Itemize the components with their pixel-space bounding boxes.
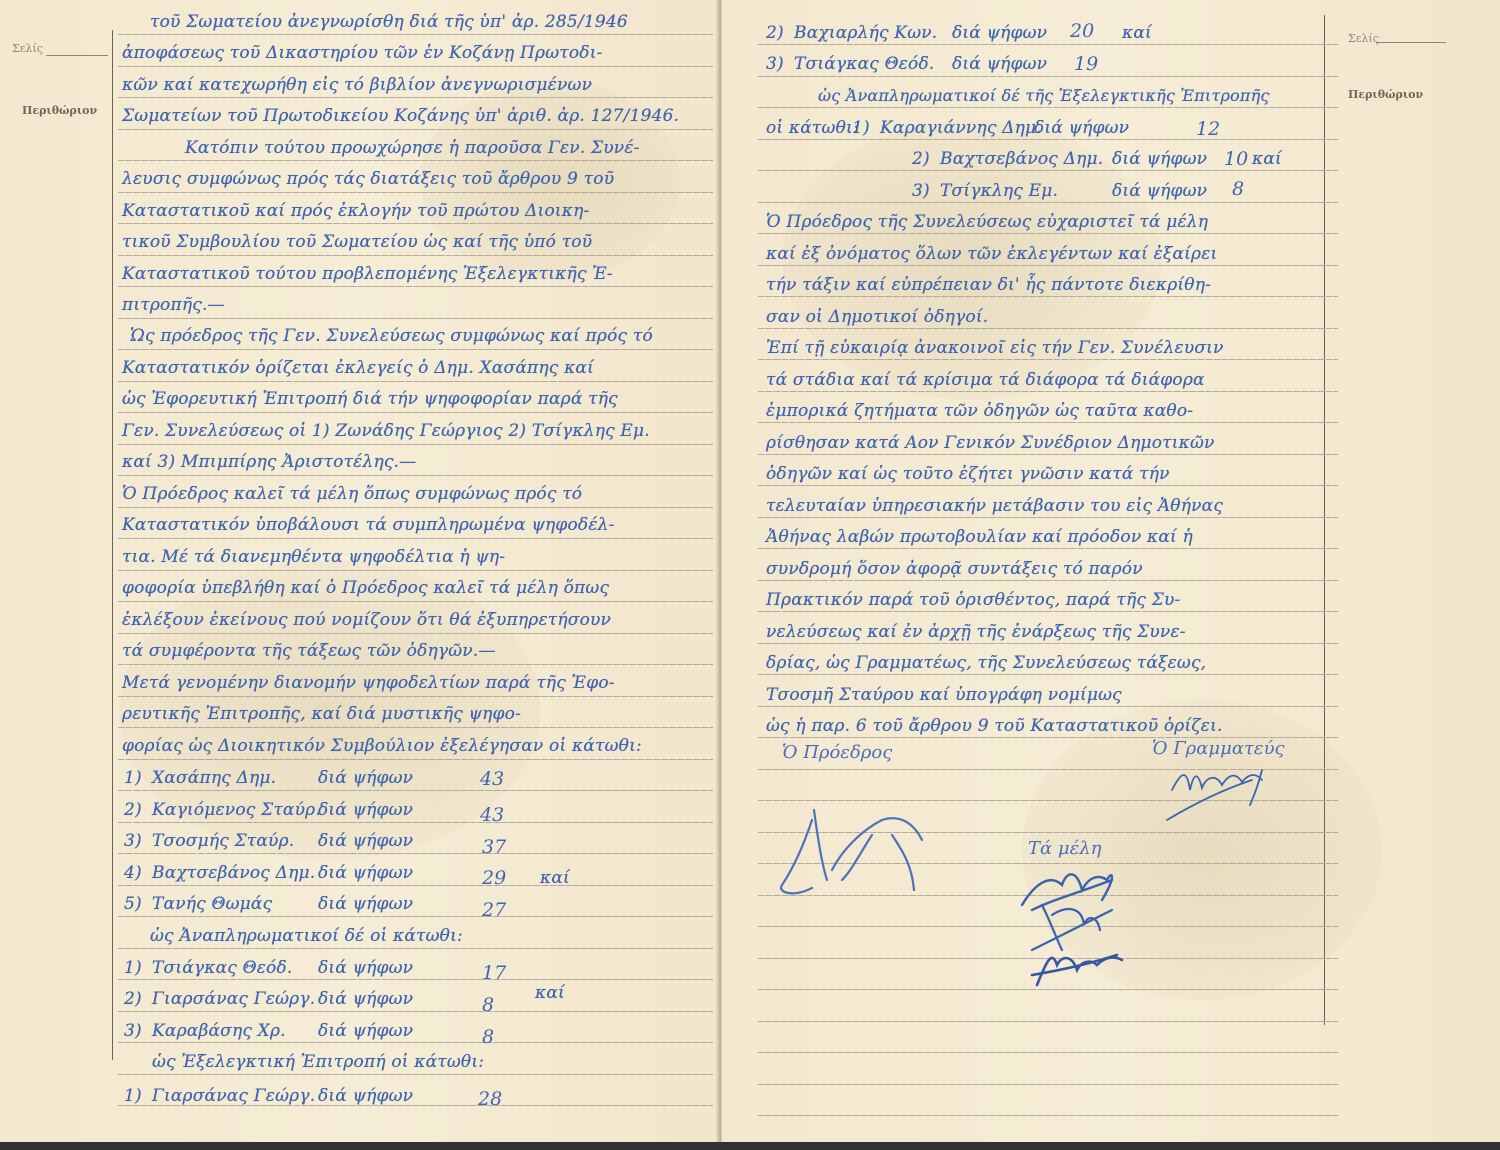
ruled-line bbox=[118, 160, 713, 161]
ruled-line bbox=[758, 44, 1338, 45]
text-line: τοῦ Σωματείου ἀνεγνωρίσθη διά τῆς ὑπ' ἀρ… bbox=[150, 14, 628, 31]
list-item-number: 2) bbox=[124, 802, 142, 819]
president-signature bbox=[772, 780, 972, 900]
list-item-number: 2) bbox=[124, 991, 142, 1008]
text-line: τήν τάξιν καί εὐπρέπειαν δι' ἧς πάντοτε … bbox=[766, 277, 1211, 294]
ruled-line bbox=[758, 107, 1338, 108]
text-line: νελεύσεως καί ἐν ἀρχῇ τῆς ἐνάρξεως τῆς Σ… bbox=[766, 624, 1186, 641]
ruled-line bbox=[118, 412, 713, 413]
list-item-number: 4) bbox=[124, 865, 142, 882]
ruled-line bbox=[118, 570, 713, 571]
conjunction: καί bbox=[535, 985, 565, 1002]
ruled-line bbox=[118, 223, 713, 224]
text-line: ὡς Ἐφορευτική Ἐπιτροπή διά τήν ψηφοφορία… bbox=[122, 391, 618, 408]
vote-count: 12 bbox=[1196, 120, 1220, 139]
votes-label: διά ψήφων bbox=[318, 896, 413, 913]
text-line: ἐμπορικά ζητήματα τῶν ὁδηγῶν ὡς ταῦτα κα… bbox=[766, 403, 1193, 420]
vote-count: 8 bbox=[1232, 180, 1244, 199]
list-item-number: 1) bbox=[852, 120, 870, 137]
ruled-line bbox=[118, 948, 713, 949]
ruled-line bbox=[758, 1052, 1338, 1053]
votes-label: διά ψήφων bbox=[1034, 120, 1129, 137]
text-line: Καταστατικοῦ καί πρός ἐκλογήν τοῦ πρώτου… bbox=[122, 203, 589, 220]
ruled-line bbox=[758, 296, 1338, 297]
ruled-line bbox=[758, 643, 1338, 644]
vote-count: 20 bbox=[1070, 22, 1094, 41]
vote-count: 43 bbox=[480, 806, 504, 825]
ruled-line bbox=[758, 454, 1338, 455]
text-line: Τσοσμῆ Σταύρου καί ὑπογράφη νομίμως bbox=[766, 687, 1122, 704]
alternates-heading: ὡς Ἀναπληρωματικοί δέ οἱ κάτωθι: bbox=[150, 928, 463, 945]
text-line: Καταστατικόν ὑποβάλουσι τά συμπληρωμένα … bbox=[122, 517, 615, 534]
votes-label: διά ψήφων bbox=[318, 1023, 413, 1040]
ruled-line bbox=[118, 1074, 713, 1075]
candidate-name: Βαχτσεβάνος Δημ. bbox=[152, 865, 315, 882]
ruled-line bbox=[118, 822, 713, 823]
page-number-blank bbox=[1376, 42, 1446, 43]
text-line: ρευτικῆς Ἐπιτροπῆς, καί διά μυστικῆς ψηφ… bbox=[122, 706, 521, 723]
text-line: κῶν καί κατεχωρήθη εἰς τό βιβλίον ἀνεγνω… bbox=[122, 77, 592, 94]
text-line: πιτροπῆς.— bbox=[122, 297, 225, 314]
margin-line bbox=[112, 30, 113, 1060]
right-page: Σελίς Περιθώριον 2) Βαχιαρλής Κων. διά ψ… bbox=[722, 0, 1500, 1142]
conjunction: καί bbox=[1252, 151, 1282, 168]
vote-count: 43 bbox=[480, 770, 504, 789]
candidate-name: Βαχτσεβάνος Δημ. bbox=[940, 151, 1103, 168]
ruled-line bbox=[118, 475, 713, 476]
text-line: Κατόπιν τούτου προωχώρησε ἡ παροῦσα Γεν.… bbox=[185, 140, 640, 157]
ruled-line bbox=[118, 727, 713, 728]
ruled-line bbox=[758, 422, 1338, 423]
ruled-line bbox=[758, 233, 1338, 234]
text-line: φοφορία ὑπεβλήθη καί ὁ Πρόεδρος καλεῖ τά… bbox=[122, 580, 609, 597]
ruled-line bbox=[118, 507, 713, 508]
ruled-line bbox=[758, 1084, 1338, 1085]
secretary-label: Ὁ Γραμματεύς bbox=[1152, 738, 1285, 759]
text-line: Σωματείων τοῦ Πρωτοδικείου Κοζάνης ὑπ' ἀ… bbox=[122, 108, 679, 125]
text-line: καί ἐξ ὀνόματος ὅλων τῶν ἐκλεγέντων καί … bbox=[766, 246, 1217, 263]
list-item-number: 2) bbox=[912, 151, 930, 168]
text-line: Ἐπί τῇ εὐκαιρίᾳ ἀνακοινοῖ εἰς τήν Γεν. Σ… bbox=[766, 340, 1224, 357]
ruled-line bbox=[118, 538, 713, 539]
ruled-line bbox=[118, 349, 713, 350]
ruled-line bbox=[758, 580, 1338, 581]
text-line: τικοῦ Συμβουλίου τοῦ Σωματείου ὡς καί τῆ… bbox=[122, 234, 592, 251]
text-line: Γεν. Συνελεύσεως οἱ 1) Ζωνάδης Γεώργιος … bbox=[122, 423, 650, 440]
ruled-line bbox=[758, 485, 1338, 486]
text-line: Καταστατικόν ὁρίζεται ἐκλεγείς ὁ Δημ. Χα… bbox=[122, 360, 594, 377]
vote-count: 17 bbox=[482, 964, 506, 983]
candidate-name: Καγιόμενος Σταύρ. bbox=[152, 802, 321, 819]
ruled-line bbox=[118, 1042, 713, 1043]
ruled-line bbox=[118, 129, 713, 130]
list-item-number: 1) bbox=[124, 1088, 142, 1105]
ruled-line bbox=[758, 548, 1338, 549]
ruled-line bbox=[758, 391, 1338, 392]
ruled-line bbox=[118, 979, 713, 980]
votes-label: διά ψήφων bbox=[952, 56, 1047, 73]
list-item-number: 1) bbox=[124, 960, 142, 977]
candidate-name: Καραγιάννης Δημ. bbox=[880, 120, 1042, 137]
ruled-line bbox=[758, 1021, 1338, 1022]
president-label: Ὁ Πρόεδρος bbox=[782, 742, 892, 763]
ruled-line bbox=[118, 286, 713, 287]
ruled-line bbox=[758, 1115, 1338, 1116]
votes-label: διά ψήφων bbox=[952, 25, 1047, 42]
votes-label: διά ψήφων bbox=[318, 865, 413, 882]
candidate-name: Γιαρσάνας Γεώργ. bbox=[152, 1088, 315, 1105]
list-item-number: 3) bbox=[912, 183, 930, 200]
ruled-line bbox=[758, 611, 1338, 612]
candidate-name: Βαχιαρλής Κων. bbox=[794, 25, 937, 42]
text-line: Ὡς πρόεδρος τῆς Γεν. Συνελεύσεως συμφώνω… bbox=[130, 328, 653, 345]
page-number-label: Σελίς bbox=[1348, 32, 1379, 45]
ruled-line bbox=[118, 34, 713, 35]
ruled-line bbox=[758, 170, 1338, 171]
member-signature-3 bbox=[1022, 935, 1132, 995]
text-line: ἐκλέξουν ἐκείνους πού νομίζουν ὅτι θά ἐξ… bbox=[122, 612, 611, 629]
conjunction: καί bbox=[1122, 25, 1152, 42]
ruled-line bbox=[118, 916, 713, 917]
ruled-line bbox=[118, 192, 713, 193]
candidate-name: Τσίγκλης Εμ. bbox=[940, 183, 1058, 200]
ruled-line bbox=[758, 706, 1338, 707]
ruled-line bbox=[758, 76, 1338, 77]
vote-count: 37 bbox=[482, 838, 506, 857]
text-line: Ὁ Πρόεδρος καλεῖ τά μέλη ὅπως συμφώνως π… bbox=[122, 486, 582, 503]
text-line: τά συμφέροντα τῆς τάξεως τῶν ὁδηγῶν.— bbox=[122, 643, 496, 660]
list-item-number: 3) bbox=[766, 56, 784, 73]
text-line: Ἀθήνας λαβών πρωτοβουλίαν καί πρόοδον κα… bbox=[766, 529, 1193, 546]
vote-count: 27 bbox=[482, 901, 506, 920]
votes-label: διά ψήφων bbox=[318, 1088, 413, 1105]
candidate-name: Τσοσμής Σταύρ. bbox=[152, 833, 294, 850]
candidate-name: Καραβάσης Χρ. bbox=[152, 1023, 286, 1040]
votes-label: διά ψήφων bbox=[318, 802, 413, 819]
list-item-number: 3) bbox=[124, 1023, 142, 1040]
margin-line bbox=[1324, 15, 1325, 1025]
margin-label: Περιθώριον bbox=[22, 104, 97, 117]
ruled-line bbox=[758, 328, 1338, 329]
secretary-signature bbox=[1162, 760, 1282, 830]
votes-label: διά ψήφων bbox=[1112, 151, 1207, 168]
ruled-line bbox=[118, 444, 713, 445]
text-line: φορίας ὡς Διοικητικόν Συμβούλιον ἐξελέγη… bbox=[122, 738, 642, 755]
vote-count: 10 bbox=[1224, 150, 1248, 169]
text-line: δρίας, ὡς Γραμματέως, τῆς Συνελεύσεως τά… bbox=[766, 655, 1206, 672]
margin-label: Περιθώριον bbox=[1348, 88, 1423, 101]
text-line: τελευταίαν ὑπηρεσιακήν μετάβασιν του εἰς… bbox=[766, 498, 1223, 515]
ruled-line bbox=[758, 202, 1338, 203]
text-line: ὡς ἡ παρ. 6 τοῦ ἄρθρου 9 τοῦ Καταστατικο… bbox=[766, 718, 1223, 735]
page-number-blank bbox=[46, 55, 108, 56]
vote-count: 8 bbox=[482, 996, 494, 1015]
ruled-line bbox=[118, 759, 713, 760]
page-number-label: Σελίς bbox=[12, 42, 43, 55]
candidate-name: Χασάπης Δημ. bbox=[152, 770, 276, 787]
text-line: συνδρομή ὅσον ἀφορᾷ συντάξεις τό παρόν bbox=[766, 561, 1143, 578]
candidate-name: Τσιάγκας Θεόδ. bbox=[794, 56, 935, 73]
left-page: Σελίς Περιθώριον τοῦ Σωματείου ἀνεγνωρίσ… bbox=[0, 0, 720, 1142]
vote-count: 8 bbox=[482, 1028, 494, 1047]
list-item-number: 2) bbox=[766, 25, 784, 42]
votes-label: διά ψήφων bbox=[318, 770, 413, 787]
ruled-line bbox=[118, 97, 713, 98]
text-line: τια. Μέ τά διανεμηθέντα ψηφοδέλτια ἡ ψη- bbox=[122, 549, 505, 566]
audit-alternates-heading: ὡς Ἀναπληρωματικοί δέ τῆς Ἐξελεγκτικῆς Ἐ… bbox=[818, 88, 1270, 104]
ruled-line bbox=[118, 381, 713, 382]
conjunction: καί bbox=[540, 870, 570, 887]
ruled-line bbox=[758, 139, 1338, 140]
list-item-number: 1) bbox=[124, 770, 142, 787]
votes-label: διά ψήφων bbox=[318, 833, 413, 850]
vote-count: 28 bbox=[478, 1090, 502, 1109]
candidate-name: Τανής Θωμάς bbox=[152, 896, 272, 913]
ruled-line bbox=[118, 664, 713, 665]
list-item-number: 3) bbox=[124, 833, 142, 850]
text-line: καί 3) Μπιμπίρης Ἀριστοτέλης.— bbox=[122, 454, 416, 471]
members-label: Τά μέλη bbox=[1028, 838, 1101, 859]
text-line: ἀποφάσεως τοῦ Δικαστηρίου τῶν ἐν Κοζάνῃ … bbox=[122, 45, 603, 62]
ruled-line bbox=[758, 517, 1338, 518]
ruled-line bbox=[118, 601, 713, 602]
ruled-line bbox=[118, 318, 713, 319]
text-line: λευσις συμφώνως πρός τάς διατάξεις τοῦ ἄ… bbox=[122, 171, 614, 188]
votes-label: διά ψήφων bbox=[318, 960, 413, 977]
text-line: Ὁ Πρόεδρος τῆς Συνελεύσεως εὐχαριστεῖ τά… bbox=[766, 214, 1208, 231]
ruled-line bbox=[758, 265, 1338, 266]
text-line: Πρακτικόν παρά τοῦ ὁρισθέντος, παρά τῆς … bbox=[766, 592, 1180, 609]
ruled-line bbox=[118, 853, 713, 854]
text-line: ρίσθησαν κατά Αον Γενικόν Συνέδριον Δημο… bbox=[766, 435, 1215, 452]
ruled-line bbox=[118, 66, 713, 67]
text-line: Καταστατικοῦ τούτου προβλεπομένης Ἐξελεγ… bbox=[122, 266, 613, 283]
votes-label: διά ψήφων bbox=[318, 991, 413, 1008]
votes-label: διά ψήφων bbox=[1112, 183, 1207, 200]
list-item-number: 5) bbox=[124, 896, 142, 913]
ruled-line bbox=[118, 633, 713, 634]
candidate-name: Τσιάγκας Θεόδ. bbox=[152, 960, 293, 977]
ledger-spread: Σελίς Περιθώριον τοῦ Σωματείου ἀνεγνωρίσ… bbox=[0, 0, 1500, 1142]
ruled-line bbox=[118, 1011, 713, 1012]
ruled-line bbox=[758, 674, 1338, 675]
vote-count: 19 bbox=[1074, 55, 1098, 74]
text-line: σαν οἱ Δημοτικοί ὁδηγοί. bbox=[766, 309, 988, 326]
ruled-line bbox=[118, 696, 713, 697]
ruled-line bbox=[118, 885, 713, 886]
ruled-line bbox=[118, 790, 713, 791]
text-line: τά στάδια καί τά κρίσιμα τά διάφορα τά δ… bbox=[766, 372, 1205, 389]
text-line: ὁδηγῶν καί ὡς τοῦτο ἐζήτει γνῶσιν κατά τ… bbox=[766, 466, 1170, 483]
vote-count: 29 bbox=[482, 869, 506, 888]
ruled-line bbox=[758, 359, 1338, 360]
audit-heading: ὡς Ἐξελεγκτική Ἐπιτροπή οἱ κάτωθι: bbox=[152, 1054, 484, 1071]
text-line: Μετά γενομένην διανομήν ψηφοδελτίων παρά… bbox=[122, 675, 615, 692]
ruled-line bbox=[118, 255, 713, 256]
candidate-name: Γιαρσάνας Γεώργ. bbox=[152, 991, 315, 1008]
audit-alternates-heading-end: οἱ κάτωθι: bbox=[766, 120, 859, 137]
